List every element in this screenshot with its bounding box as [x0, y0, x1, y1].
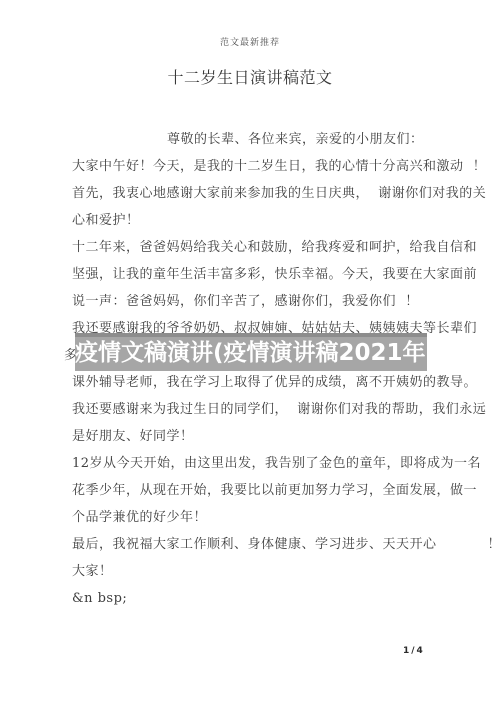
header-note: 范文最新推荐 — [0, 35, 500, 48]
promo-overlay-text[interactable]: 疫情文稿演讲(疫情演讲稿2021年) — [75, 337, 427, 370]
text-line: 12岁从今天开始，由这里出发，我告别了金色的童年，即将成为一名 — [72, 450, 432, 477]
text-line: 十二年来，爸爸妈妈给我关心和鼓励，给我疼爱和呵护，给我自信和 — [72, 234, 432, 261]
text-line: 个品学兼优的好少年！ — [72, 504, 432, 531]
text-line: 最后，我祝福大家工作顺利、身体健康、学习进步、天天开心 ！谢谢 — [72, 531, 432, 558]
text-line: 花季少年，从现在开始，我要比以前更加努力学习，全面发展，做一 — [72, 477, 432, 504]
text-line: 大家中午好！今天，是我的十二岁生日，我的心情十分高兴和激动 ！ — [72, 153, 432, 180]
text-line: 我还要感谢来为我过生日的同学们， 谢谢你们对我的帮助，我们永远 — [72, 396, 432, 423]
text-line: 说一声：爸爸妈妈，你们辛苦了，感谢你们，我爱你们 ！ — [72, 288, 432, 315]
text-line: 是好朋友、好同学！ — [72, 423, 432, 450]
text-line: &n bsp; — [72, 585, 432, 612]
text-line: 心和爱护！ — [72, 207, 432, 234]
promo-overlay-banner[interactable]: 疫情文稿演讲(疫情演讲稿2021年) — [75, 333, 427, 371]
text-line: 首先，我衷心地感谢大家前来参加我的生日庆典， 谢谢你们对我的关 — [72, 180, 432, 207]
page-title: 十二岁生日演讲稿范文 — [0, 65, 500, 88]
document-page: { "page": { "header_note": "范文最新推荐", "ti… — [0, 0, 500, 707]
text-line: 尊敬的长辈、各位来宾，亲爱的小朋友们： — [72, 126, 432, 153]
text-line: 坚强，让我的童年生活丰富多彩，快乐幸福。今天，我要在大家面前 — [72, 261, 432, 288]
page-number: 1/4 — [403, 646, 425, 656]
text-line: 课外辅导老师，我在学习上取得了优异的成绩，离不开姨奶的教导。 — [72, 369, 432, 396]
text-line: 大家！ — [72, 558, 432, 585]
